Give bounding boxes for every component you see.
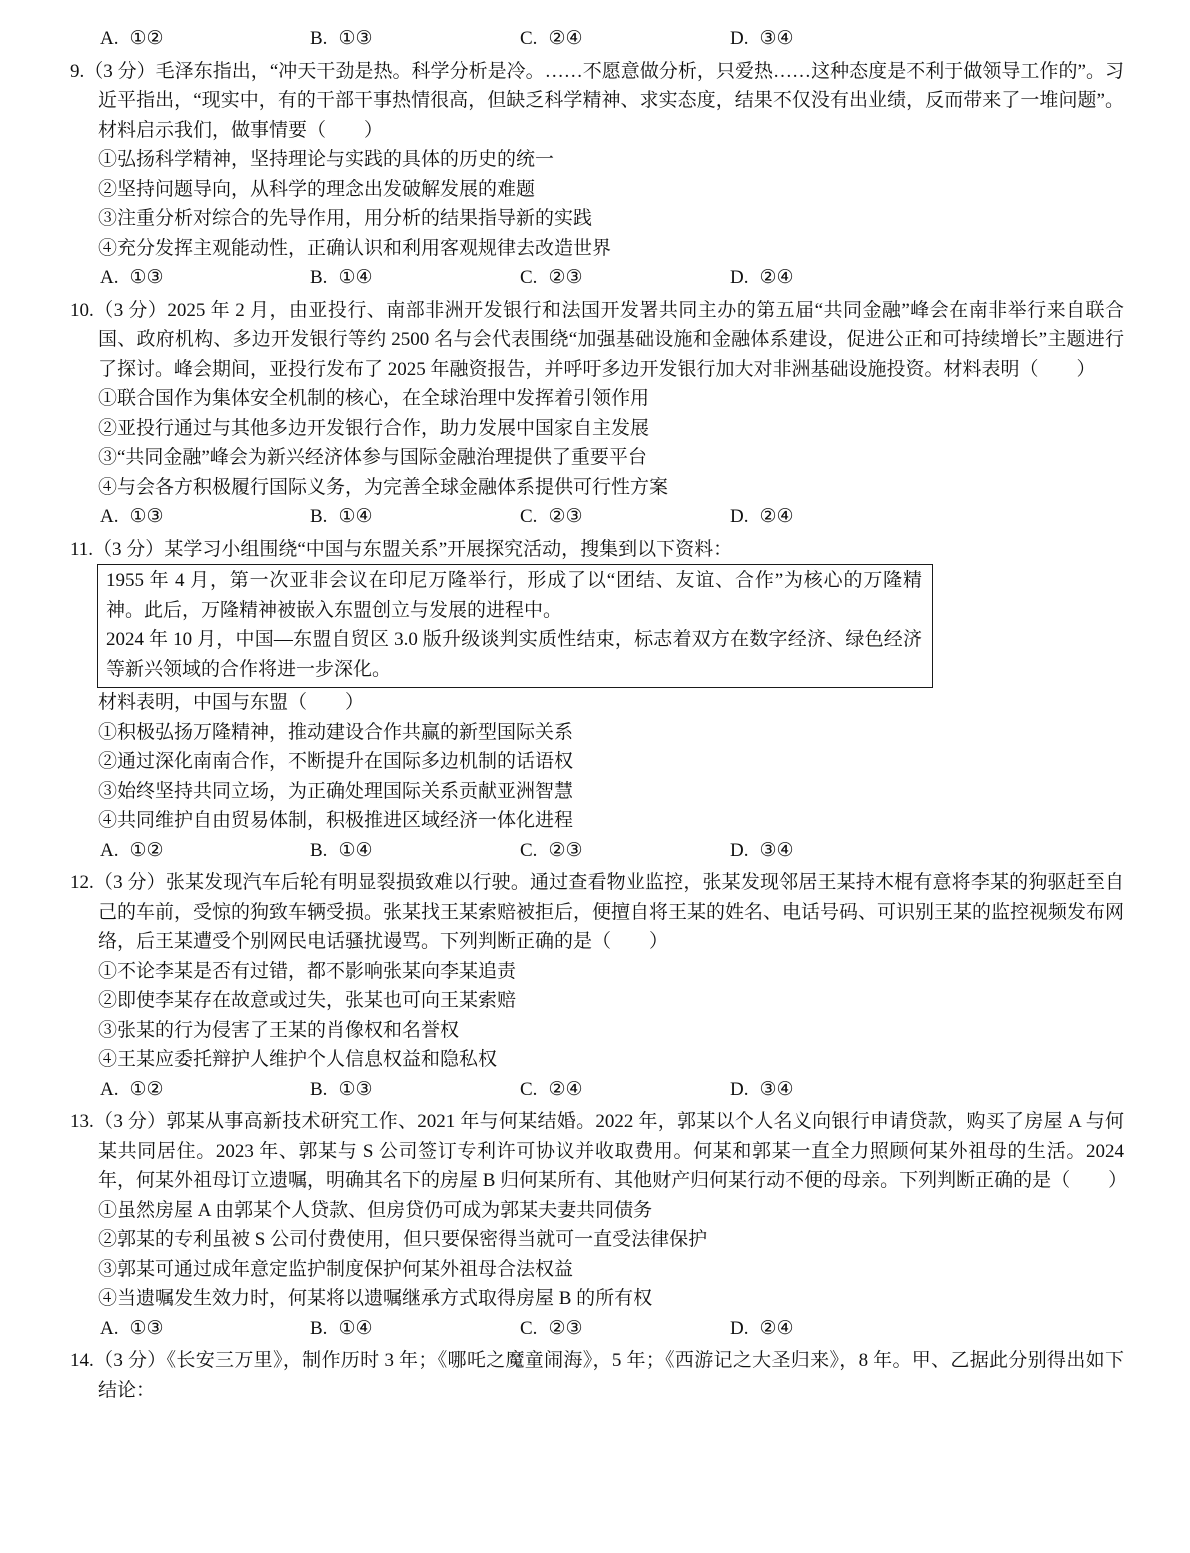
material-paragraph-2: 2024 年 10 月，中国—东盟自贸区 3.0 版升级谈判实质性结束，标志着双…	[106, 625, 922, 684]
option-label: D.	[730, 28, 748, 49]
option-label: B.	[310, 1079, 327, 1100]
option-value: ②③	[548, 1318, 582, 1339]
question-12: 12.（3 分）张某发现汽车后轮有明显裂损致难以行驶。通过查看物业监控，张某发现…	[70, 868, 1124, 1104]
option-value: ②③	[548, 267, 582, 288]
option-d: D.③④	[730, 1075, 794, 1105]
option-value: ③④	[759, 840, 793, 861]
option-c: C.②③	[520, 502, 730, 532]
option-label: C.	[520, 267, 537, 288]
option-label: A.	[100, 506, 118, 527]
option-value: ①③	[338, 28, 372, 49]
option-label: B.	[310, 267, 327, 288]
option-label: A.	[100, 28, 118, 49]
option-value: ①③	[129, 267, 163, 288]
option-label: D.	[730, 1079, 748, 1100]
option-c: C.②③	[520, 1314, 730, 1344]
answer-options-row: A.①③ B.①④ C.②③ D.②④	[70, 263, 1124, 293]
material-paragraph-1: 1955 年 4 月，第一次亚非会议在印尼万隆举行，形成了以“团结、友谊、合作”…	[106, 566, 922, 625]
question-points: （3 分）	[94, 300, 168, 321]
option-a: A.①③	[100, 502, 310, 532]
option-value: ②④	[548, 28, 582, 49]
statement-1: ①弘扬科学精神，坚持理论与实践的具体的历史的统一	[70, 145, 1124, 175]
question-points: （3 分）	[94, 1350, 167, 1371]
question-number: 9.	[70, 61, 84, 82]
option-label: A.	[100, 267, 118, 288]
question-stem: 12.（3 分）张某发现汽车后轮有明显裂损致难以行驶。通过查看物业监控，张某发现…	[70, 868, 1124, 957]
option-value: ①④	[338, 840, 372, 861]
statement-2: ②通过深化南南合作，不断提升在国际多边机制的话语权	[70, 747, 1124, 777]
statement-3: ③注重分析对综合的先导作用，用分析的结果指导新的实践	[70, 204, 1124, 234]
statement-3: ③始终坚持共同立场，为正确处理国际关系贡献亚洲智慧	[70, 777, 1124, 807]
option-b: B.①③	[310, 1075, 520, 1105]
option-value: ②④	[759, 506, 793, 527]
statement-2: ②郭某的专利虽被 S 公司付费使用，但只要保密得当就可一直受法律保护	[70, 1225, 1124, 1255]
option-label: D.	[730, 506, 748, 527]
statement-4: ④王某应委托辩护人维护个人信息权益和隐私权	[70, 1045, 1124, 1075]
statement-1: ①不论李某是否有过错，都不影响张某向李某追责	[70, 957, 1124, 987]
option-value: ③④	[759, 28, 793, 49]
option-label: C.	[520, 506, 537, 527]
option-label: D.	[730, 267, 748, 288]
statement-4: ④共同维护自由贸易体制，积极推进区域经济一体化进程	[70, 806, 1124, 836]
answer-options-row: A.①③ B.①④ C.②③ D.②④	[70, 502, 1124, 532]
statement-1: ①积极弘扬万隆精神，推动建设合作共赢的新型国际关系	[70, 718, 1124, 748]
option-label: C.	[520, 28, 537, 49]
option-a: A.①③	[100, 263, 310, 293]
option-label: A.	[100, 1079, 118, 1100]
question-points: （3 分）	[94, 1111, 167, 1132]
option-a: A.①②	[100, 24, 310, 54]
option-a: A.①②	[100, 836, 310, 866]
question-11: 11.（3 分）某学习小组围绕“中国与东盟关系”开展探究活动，搜集到以下资料： …	[70, 535, 1124, 866]
option-b: B.①④	[310, 263, 520, 293]
option-value: ①④	[338, 1318, 372, 1339]
statement-4: ④与会各方积极履行国际义务，为完善全球金融体系提供可行性方案	[70, 473, 1124, 503]
option-b: B.①④	[310, 836, 520, 866]
option-label: C.	[520, 1079, 537, 1100]
option-a: A.①③	[100, 1314, 310, 1344]
option-value: ②④	[548, 1079, 582, 1100]
question-stem: 14.（3 分）《长安三万里》，制作历时 3 年；《哪吒之魔童闹海》，5 年；《…	[70, 1346, 1124, 1405]
question-number: 11.	[70, 539, 93, 560]
answer-options-row: A.①② B.①④ C.②③ D.③④	[70, 836, 1124, 866]
option-value: ②③	[548, 506, 582, 527]
question-stem: 11.（3 分）某学习小组围绕“中国与东盟关系”开展探究活动，搜集到以下资料：	[70, 535, 1124, 565]
question-text: 郭某从事高新技术研究工作、2021 年与何某结婚。2022 年，郭某以个人名义向…	[98, 1111, 1127, 1191]
question-13: 13.（3 分）郭某从事高新技术研究工作、2021 年与何某结婚。2022 年，…	[70, 1107, 1124, 1343]
option-label: B.	[310, 840, 327, 861]
question-points: （3 分）	[94, 872, 166, 893]
question-text: 毛泽东指出，“冲天干劲是热。科学分析是冷。……不愿意做分析，只爱热……这种态度是…	[98, 61, 1124, 141]
statement-2: ②即使李某存在故意或过失，张某也可向王某索赔	[70, 986, 1124, 1016]
question-number: 12.	[70, 872, 94, 893]
material-lead: 材料表明，中国与东盟（ ）	[70, 688, 1124, 718]
option-value: ②③	[548, 840, 582, 861]
question-9: 9.（3 分）毛泽东指出，“冲天干劲是热。科学分析是冷。……不愿意做分析，只爱热…	[70, 57, 1124, 293]
option-label: A.	[100, 840, 118, 861]
exam-page: A.①② B.①③ C.②④ D.③④ 9.（3 分）毛泽东指出，“冲天干劲是热…	[0, 0, 1190, 1405]
question-text: 张某发现汽车后轮有明显裂损致难以行驶。通过查看物业监控，张某发现邻居王某持木棍有…	[98, 872, 1124, 952]
statement-2: ②亚投行通过与其他多边开发银行合作，助力发展中国家自主发展	[70, 414, 1124, 444]
statement-1: ①虽然房屋 A 由郭某个人贷款、但房贷仍可成为郭某夫妻共同债务	[70, 1196, 1124, 1226]
option-label: C.	[520, 1318, 537, 1339]
option-d: D.②④	[730, 1314, 794, 1344]
option-value: ①④	[338, 267, 372, 288]
statement-3: ③郭某可通过成年意定监护制度保护何某外祖母合法权益	[70, 1255, 1124, 1285]
option-value: ①②	[129, 1079, 163, 1100]
question-number: 13.	[70, 1111, 94, 1132]
option-c: C.②④	[520, 24, 730, 54]
option-value: ①③	[129, 506, 163, 527]
option-c: C.②③	[520, 836, 730, 866]
option-value: ②④	[759, 267, 793, 288]
option-a: A.①②	[100, 1075, 310, 1105]
option-label: B.	[310, 28, 327, 49]
option-c: C.②④	[520, 1075, 730, 1105]
question-14: 14.（3 分）《长安三万里》，制作历时 3 年；《哪吒之魔童闹海》，5 年；《…	[70, 1346, 1124, 1405]
question-text: 2025 年 2 月，由亚投行、南部非洲开发银行和法国开发署共同主办的第五届“共…	[98, 300, 1124, 380]
question-text: 《长安三万里》，制作历时 3 年；《哪吒之魔童闹海》，5 年；《西游记之大圣归来…	[98, 1350, 1124, 1401]
question-10: 10.（3 分）2025 年 2 月，由亚投行、南部非洲开发银行和法国开发署共同…	[70, 296, 1124, 532]
option-b: B.①④	[310, 1314, 520, 1344]
option-value: ①②	[129, 28, 163, 49]
option-value: ②④	[759, 1318, 793, 1339]
option-label: B.	[310, 1318, 327, 1339]
question-number: 14.	[70, 1350, 94, 1371]
option-c: C.②③	[520, 263, 730, 293]
answer-options-row: A.①② B.①③ C.②④ D.③④	[70, 1075, 1124, 1105]
statement-1: ①联合国作为集体安全机制的核心，在全球治理中发挥着引领作用	[70, 384, 1124, 414]
option-value: ①④	[338, 506, 372, 527]
option-label: D.	[730, 1318, 748, 1339]
statement-4: ④充分发挥主观能动性，正确认识和利用客观规律去改造世界	[70, 234, 1124, 264]
option-value: ③④	[759, 1079, 793, 1100]
option-value: ①②	[129, 840, 163, 861]
question-stem: 9.（3 分）毛泽东指出，“冲天干劲是热。科学分析是冷。……不愿意做分析，只爱热…	[70, 57, 1124, 146]
question-number: 10.	[70, 300, 94, 321]
option-d: D.②④	[730, 263, 794, 293]
option-b: B.①③	[310, 24, 520, 54]
option-value: ①③	[129, 1318, 163, 1339]
question-stem: 10.（3 分）2025 年 2 月，由亚投行、南部非洲开发银行和法国开发署共同…	[70, 296, 1124, 385]
option-label: A.	[100, 1318, 118, 1339]
answer-options-row-8: A.①② B.①③ C.②④ D.③④	[70, 24, 1124, 54]
option-b: B.①④	[310, 502, 520, 532]
option-d: D.②④	[730, 502, 794, 532]
question-stem: 13.（3 分）郭某从事高新技术研究工作、2021 年与何某结婚。2022 年，…	[70, 1107, 1124, 1196]
statement-3: ③“共同金融”峰会为新兴经济体参与国际金融治理提供了重要平台	[70, 443, 1124, 473]
option-d: D.③④	[730, 24, 794, 54]
question-points: （3 分）	[93, 539, 164, 560]
statement-4: ④当遗嘱发生效力时，何某将以遗嘱继承方式取得房屋 B 的所有权	[70, 1284, 1124, 1314]
option-label: C.	[520, 840, 537, 861]
material-box: 1955 年 4 月，第一次亚非会议在印尼万隆举行，形成了以“团结、友谊、合作”…	[97, 564, 933, 688]
statement-3: ③张某的行为侵害了王某的肖像权和名誉权	[70, 1016, 1124, 1046]
statement-2: ②坚持问题导向，从科学的理念出发破解发展的难题	[70, 175, 1124, 205]
option-d: D.③④	[730, 836, 794, 866]
question-text: 某学习小组围绕“中国与东盟关系”开展探究活动，搜集到以下资料：	[164, 539, 732, 560]
option-value: ①③	[338, 1079, 372, 1100]
option-label: D.	[730, 840, 748, 861]
option-label: B.	[310, 506, 327, 527]
question-points: （3 分）	[84, 61, 155, 82]
answer-options-row: A.①③ B.①④ C.②③ D.②④	[70, 1314, 1124, 1344]
